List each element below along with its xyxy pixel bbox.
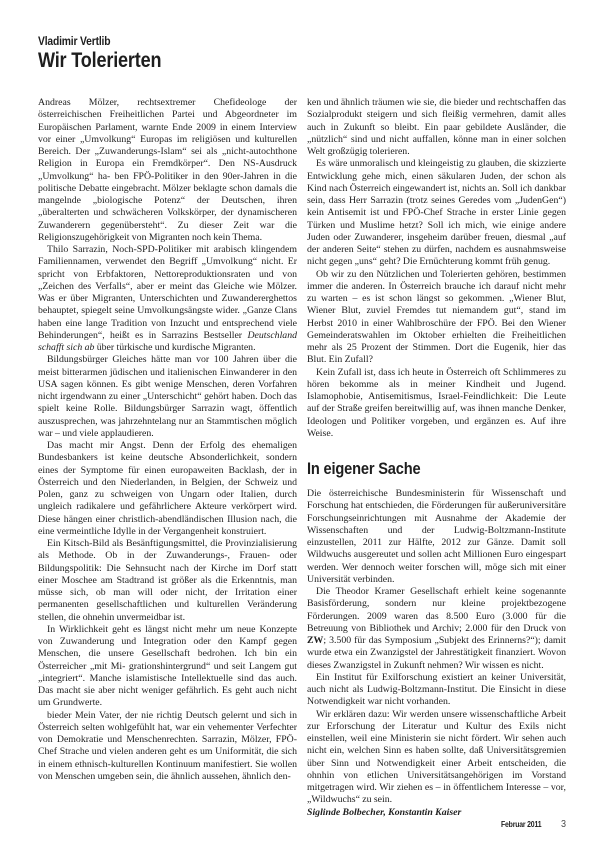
- section-heading: In eigener Sache: [307, 460, 566, 478]
- page-number: 3: [561, 818, 567, 830]
- paragraph: Bildungsbürger Gleiches hätte man vor 10…: [38, 354, 297, 440]
- paragraph: Ein Institut für Exilforschung existiert…: [307, 672, 566, 709]
- page-number-text: 3: [561, 818, 566, 830]
- author-name-text: Vladimir Vertlib: [38, 34, 110, 48]
- article-header: Vladimir Vertlib Wir Tolerierten: [38, 34, 567, 72]
- paragraph: Andreas Mölzer, rechtsextremer Chefideol…: [38, 97, 297, 244]
- article-continuation: ken und ähnlich träumen wie sie, die bie…: [307, 97, 566, 440]
- left-column: Andreas Mölzer, rechtsextremer Chefideol…: [38, 97, 297, 819]
- issue-date-text: Februar 2011: [501, 820, 541, 829]
- two-column-body: Andreas Mölzer, rechtsextremer Chefideol…: [38, 97, 567, 819]
- paragraph: Wir erklären dazu: Wir werden unsere wis…: [307, 709, 566, 807]
- section-body: Die österreichische Bundesministerin für…: [307, 488, 566, 819]
- paragraph: Es wäre unmoralisch und kleingeistig zu …: [307, 158, 566, 268]
- paragraph: bieder Mein Vater, der nie richtig Deuts…: [38, 710, 297, 784]
- paragraph: Kein Zufall ist, dass ich heute in Öster…: [307, 367, 566, 441]
- author-name: Vladimir Vertlib: [38, 34, 567, 48]
- paragraph: Die österreichische Bundesministerin für…: [307, 488, 566, 586]
- paragraph: Ein Kitsch-Bild als Besänftigungsmittel,…: [38, 538, 297, 624]
- paragraph: Das macht mir Angst. Denn der Erfolg des…: [38, 440, 297, 538]
- signature-line: Siglinde Bolbecher, Konstantin Kaiser: [307, 807, 566, 819]
- paragraph: In Wirklichkeit geht es längst nicht meh…: [38, 624, 297, 710]
- paragraph: Thilo Sarrazin, Noch-SPD-Politiker mit a…: [38, 244, 297, 354]
- paragraph: Ob wir zu den Nützlichen und Tolerierten…: [307, 269, 566, 367]
- paragraph: Die Theodor Kramer Gesellschaft erhielt …: [307, 586, 566, 672]
- page-footer: Februar 2011 3: [501, 818, 567, 830]
- article-title-text: Wir Tolerierten: [38, 50, 161, 72]
- paragraph: ken und ähnlich träumen wie sie, die bie…: [307, 97, 566, 158]
- right-column: ken und ähnlich träumen wie sie, die bie…: [307, 97, 566, 819]
- journal-page: Vladimir Vertlib Wir Tolerierten Andreas…: [0, 0, 600, 849]
- article-title: Wir Tolerierten: [38, 49, 567, 72]
- section-heading-text: In eigener Sache: [307, 460, 420, 478]
- issue-date: Februar 2011: [501, 820, 548, 829]
